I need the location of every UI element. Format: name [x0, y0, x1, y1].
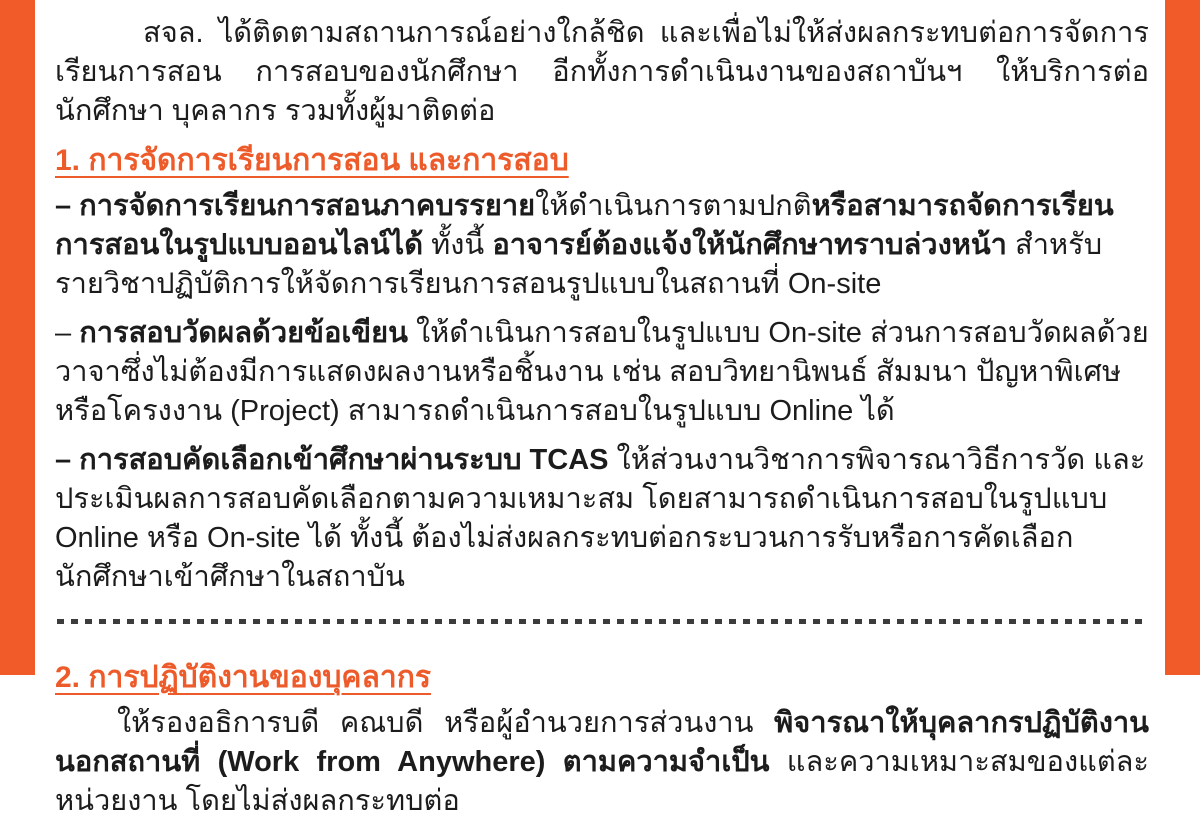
section-2-heading: 2. การปฏิบัติงานของบุคลากร — [55, 658, 1149, 675]
text-segment: – การสอบคัดเลือกเข้าศึกษาผ่านระบบ TCAS — [55, 444, 608, 476]
section-1-heading: 1. การจัดการเรียนการสอน และการสอบ — [55, 141, 1149, 181]
text-segment: การสอบวัดผลด้วยข้อเขียน — [79, 317, 408, 349]
intro-paragraph: สจล. ได้ติดตามสถานการณ์อย่างใกล้ชิด และเ… — [55, 14, 1149, 131]
bullet-lecture-teaching: – การจัดการเรียนการสอนภาคบรรยายให้ดำเนิน… — [55, 187, 1149, 304]
bullet-written-exams: – การสอบวัดผลด้วยข้อเขียน ให้ดำเนินการสอ… — [55, 314, 1149, 431]
announcement-document: สจล. ได้ติดตามสถานการณ์อย่างใกล้ชิด และเ… — [35, 0, 1165, 675]
bullet-tcas-admission: – การสอบคัดเลือกเข้าศึกษาผ่านระบบ TCAS ใ… — [55, 441, 1149, 597]
text-segment: อาจารย์ต้องแจ้งให้นักศึกษาทราบล่วงหน้า — [492, 229, 1007, 261]
text-segment: ทั้งนี้ — [423, 229, 492, 261]
section-1-bullet-list: – การจัดการเรียนการสอนภาคบรรยายให้ดำเนิน… — [55, 187, 1149, 597]
right-orange-border — [1165, 0, 1200, 675]
text-segment: – — [55, 317, 79, 349]
section-staff-operations: 2. การปฏิบัติงานของบุคลากร ให้รองอธิการบ… — [55, 658, 1149, 675]
dashed-divider — [57, 619, 1147, 624]
left-orange-border — [0, 0, 35, 675]
text-segment: – การจัดการเรียนการสอนภาคบรรยาย — [55, 190, 535, 222]
section-teaching-and-exams: 1. การจัดการเรียนการสอน และการสอบ – การจ… — [55, 141, 1149, 597]
text-segment: ให้ดำเนินการตามปกติ — [535, 190, 811, 222]
